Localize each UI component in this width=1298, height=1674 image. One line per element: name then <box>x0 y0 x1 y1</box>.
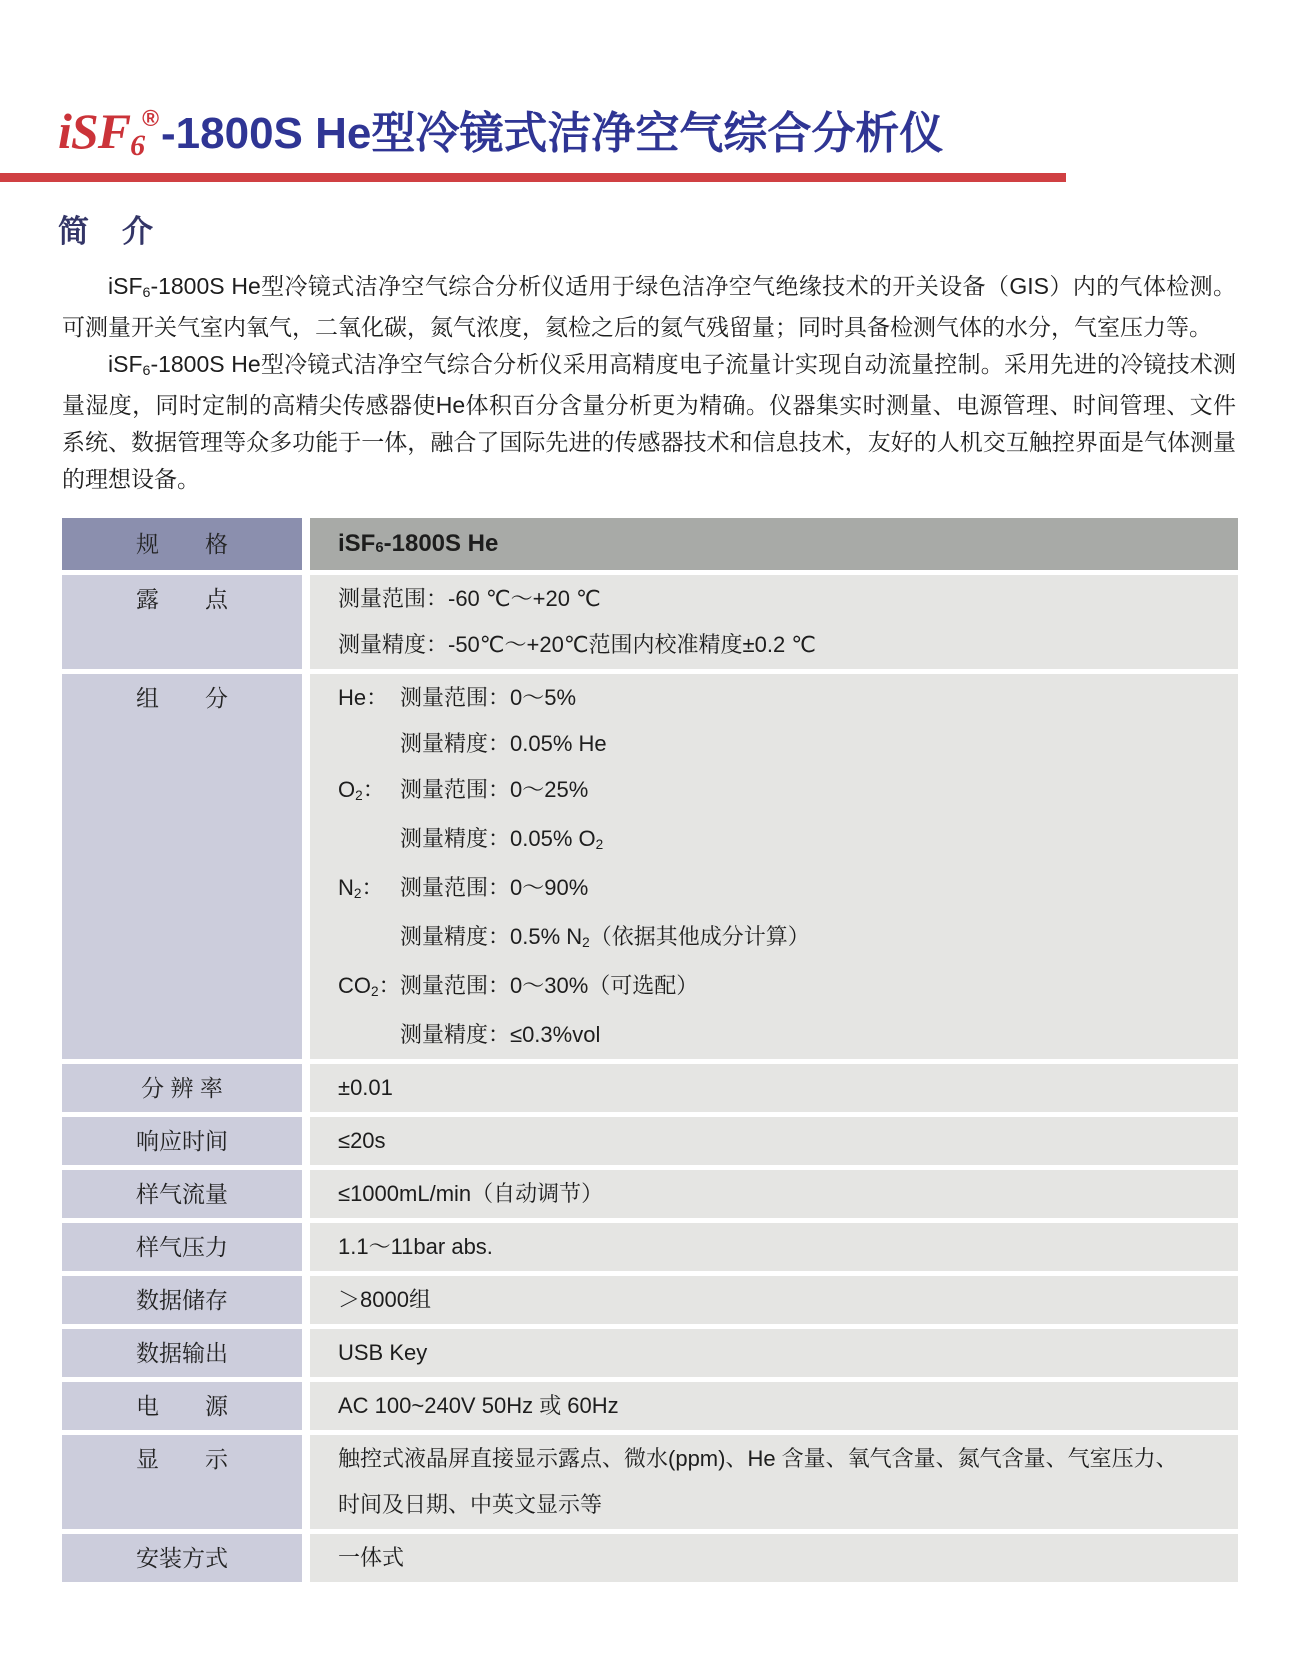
spec-line-text: 测量范围：0～5% <box>400 685 576 710</box>
title-model-text: -1800S He型冷镜式洁净空气综合分析仪 <box>161 109 943 158</box>
spec-line: ≤20s <box>338 1118 1220 1164</box>
spec-header-value: iSF6-1800S He <box>310 518 1238 570</box>
brand-logo: iSF6 <box>58 103 144 159</box>
spec-line: 一体式 <box>338 1535 1220 1581</box>
spec-line-text: 测量范围：0～30%（可选配） <box>400 973 698 998</box>
spec-line-text: 测量精度：≤0.3%vol <box>400 1022 600 1047</box>
spec-line-text: 测量精度：0.05% O2 <box>400 826 603 851</box>
title-divider <box>0 173 1066 182</box>
spec-line: He：测量范围：0～5% <box>338 675 1220 721</box>
spec-line: 测量精度：≤0.3%vol <box>338 1012 1220 1058</box>
intro-paragraph-2: iSF6-1800S He型冷镜式洁净空气综合分析仪采用高精度电子流量计实现自动… <box>62 346 1236 498</box>
spec-line: N2：测量范围：0～90% <box>338 865 1220 914</box>
page-header: iSF6®-1800S He型冷镜式洁净空气综合分析仪 <box>0 0 1298 159</box>
spec-line: 测量范围：-60 ℃～+20 ℃ <box>338 576 1220 622</box>
species-label: O2： <box>338 767 400 816</box>
spec-line-text: 1.1～11bar abs. <box>338 1234 493 1259</box>
spec-line: 时间及日期、中英文显示等 <box>338 1482 1220 1528</box>
spec-line: AC 100~240V 50Hz 或 60Hz <box>338 1383 1220 1429</box>
spec-line-text: 测量范围：0～90% <box>400 875 588 900</box>
spec-line-text: 触控式液晶屏直接显示露点、微水(ppm)、He 含量、氧气含量、氮气含量、气室压… <box>338 1446 1178 1471</box>
spec-row-label: 数据储存 <box>62 1276 302 1324</box>
spec-table: 规 格 iSF6-1800S He 露 点测量范围：-60 ℃～+20 ℃测量精… <box>62 518 1238 1582</box>
spec-row-value: ≤20s <box>310 1117 1238 1165</box>
spec-row-label: 样气压力 <box>62 1223 302 1271</box>
spec-line-text: USB Key <box>338 1340 427 1365</box>
spec-row-value: AC 100~240V 50Hz 或 60Hz <box>310 1382 1238 1430</box>
section-heading: 简 介 <box>58 206 1298 251</box>
spec-header-label: 规 格 <box>62 518 302 570</box>
spec-row-label: 显 示 <box>62 1435 302 1529</box>
spec-row-label: 安装方式 <box>62 1534 302 1582</box>
spec-line: ＞8000组 <box>338 1277 1220 1323</box>
species-label: He： <box>338 675 400 721</box>
spec-line-text: 测量精度：0.5% N2（依据其他成分计算） <box>400 924 810 949</box>
spec-row-value: 测量范围：-60 ℃～+20 ℃测量精度：-50℃～+20℃范围内校准精度±0.… <box>310 575 1238 669</box>
spec-line: ≤1000mL/min（自动调节） <box>338 1171 1220 1217</box>
spec-row: 数据储存＞8000组 <box>62 1276 1238 1324</box>
spec-row-value: 1.1～11bar abs. <box>310 1223 1238 1271</box>
spec-row: 分 辨 率±0.01 <box>62 1064 1238 1112</box>
species-label: N2： <box>338 865 400 914</box>
spec-row-value: 一体式 <box>310 1534 1238 1582</box>
spec-line: 测量精度：0.05% He <box>338 721 1220 767</box>
spec-line-text: 测量精度：-50℃～+20℃范围内校准精度±0.2 ℃ <box>338 632 816 657</box>
spec-row-label: 组 分 <box>62 674 302 1059</box>
spec-row-label: 数据输出 <box>62 1329 302 1377</box>
spec-line: 测量精度：0.05% O2 <box>338 816 1220 865</box>
spec-row-label: 露 点 <box>62 575 302 669</box>
spec-row: 样气流量≤1000mL/min（自动调节） <box>62 1170 1238 1218</box>
spec-row-value: ＞8000组 <box>310 1276 1238 1324</box>
spec-row: 样气压力1.1～11bar abs. <box>62 1223 1238 1271</box>
spec-line-text: 测量精度：0.05% He <box>400 731 607 756</box>
spec-row: 电 源AC 100~240V 50Hz 或 60Hz <box>62 1382 1238 1430</box>
spec-line: O2：测量范围：0～25% <box>338 767 1220 816</box>
spec-line: USB Key <box>338 1330 1220 1376</box>
spec-line-text: 一体式 <box>338 1545 404 1570</box>
spec-line-text: ＞8000组 <box>338 1287 431 1312</box>
spec-row: 显 示触控式液晶屏直接显示露点、微水(ppm)、He 含量、氧气含量、氮气含量、… <box>62 1435 1238 1529</box>
spec-row: 组 分He：测量范围：0～5%测量精度：0.05% HeO2：测量范围：0～25… <box>62 674 1238 1059</box>
spec-row-label: 样气流量 <box>62 1170 302 1218</box>
registered-trademark-icon: ® <box>142 105 159 131</box>
brand-logo-subscript: 6 <box>130 129 144 162</box>
spec-row: 响应时间≤20s <box>62 1117 1238 1165</box>
spec-row-label: 响应时间 <box>62 1117 302 1165</box>
spec-row-value: USB Key <box>310 1329 1238 1377</box>
intro-paragraph-1: iSF6-1800S He型冷镜式洁净空气综合分析仪适用于绿色洁净空气绝缘技术的… <box>62 268 1236 346</box>
spec-row-value: 触控式液晶屏直接显示露点、微水(ppm)、He 含量、氧气含量、氮气含量、气室压… <box>310 1435 1238 1529</box>
page-title: iSF6®-1800S He型冷镜式洁净空气综合分析仪 <box>58 104 1298 159</box>
spec-line-text: ≤1000mL/min（自动调节） <box>338 1181 603 1206</box>
spec-line: 测量精度：0.5% N2（依据其他成分计算） <box>338 914 1220 963</box>
spec-row-value: He：测量范围：0～5%测量精度：0.05% HeO2：测量范围：0～25%测量… <box>310 674 1238 1059</box>
intro-section: iSF6-1800S He型冷镜式洁净空气综合分析仪适用于绿色洁净空气绝缘技术的… <box>62 268 1236 498</box>
spec-line-text: 时间及日期、中英文显示等 <box>338 1492 602 1517</box>
spec-line-text: AC 100~240V 50Hz 或 60Hz <box>338 1393 619 1418</box>
spec-row-value: ±0.01 <box>310 1064 1238 1112</box>
spec-row: 安装方式一体式 <box>62 1534 1238 1582</box>
spec-line-text: 测量范围：-60 ℃～+20 ℃ <box>338 586 601 611</box>
spec-row-label: 电 源 <box>62 1382 302 1430</box>
species-label: CO2： <box>338 963 400 1012</box>
spec-line-text: 测量范围：0～25% <box>400 777 588 802</box>
spec-line: 测量精度：-50℃～+20℃范围内校准精度±0.2 ℃ <box>338 622 1220 668</box>
spec-line: 1.1～11bar abs. <box>338 1224 1220 1270</box>
spec-row: 数据输出USB Key <box>62 1329 1238 1377</box>
spec-row-label: 分 辨 率 <box>62 1064 302 1112</box>
spec-line-text: ≤20s <box>338 1128 386 1153</box>
spec-line: ±0.01 <box>338 1065 1220 1111</box>
spec-header-row: 规 格 iSF6-1800S He <box>62 518 1238 570</box>
spec-line-text: ±0.01 <box>338 1075 393 1100</box>
spec-line: CO2：测量范围：0～30%（可选配） <box>338 963 1220 1012</box>
spec-row: 露 点测量范围：-60 ℃～+20 ℃测量精度：-50℃～+20℃范围内校准精度… <box>62 575 1238 669</box>
spec-row-value: ≤1000mL/min（自动调节） <box>310 1170 1238 1218</box>
spec-line: 触控式液晶屏直接显示露点、微水(ppm)、He 含量、氧气含量、氮气含量、气室压… <box>338 1436 1220 1482</box>
spec-table-body: 露 点测量范围：-60 ℃～+20 ℃测量精度：-50℃～+20℃范围内校准精度… <box>62 575 1238 1582</box>
brand-logo-text: iSF <box>58 103 130 159</box>
